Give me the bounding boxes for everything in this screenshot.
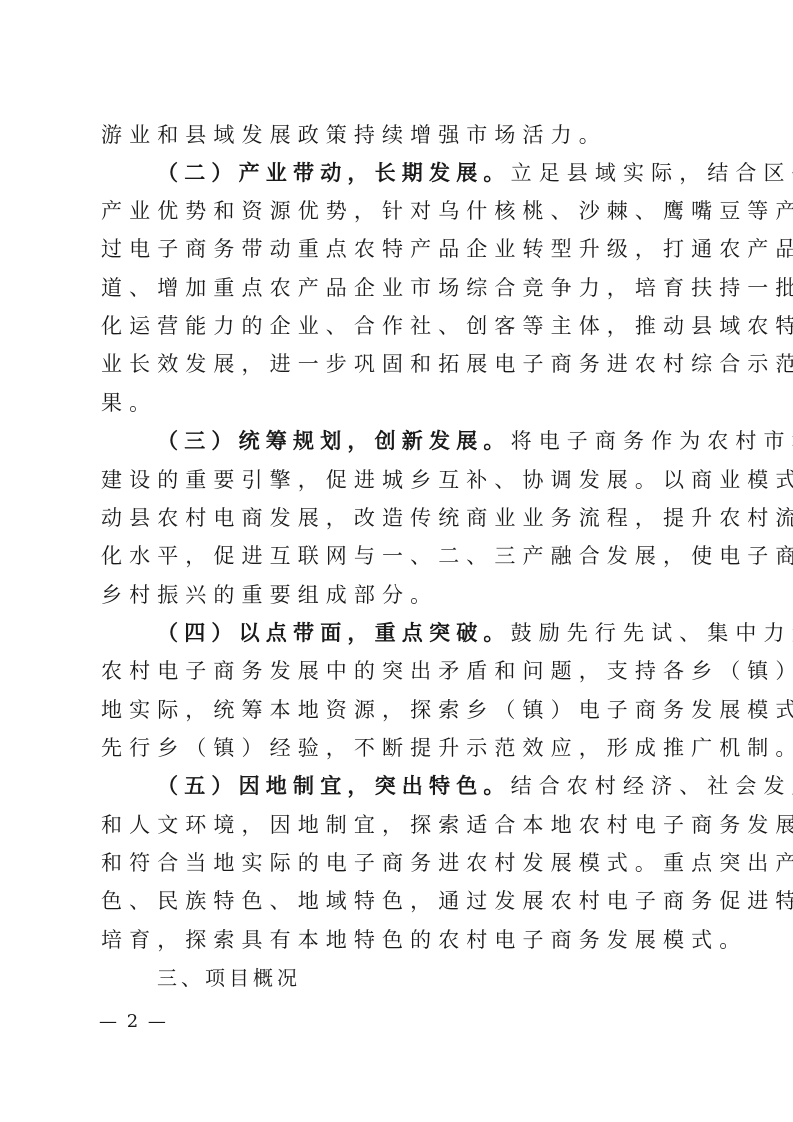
subsection-heading-4: （四）以点带面，重点突破。鼓励先行先试、集中力量解决 <box>157 614 757 652</box>
subsection-title: （五）因地制宜，突出特色。 <box>157 774 511 798</box>
paragraph-line: 农村电子商务发展中的突出矛盾和问题，支持各乡（镇）结合当 <box>101 652 701 690</box>
paragraph-line: 和人文环境，因地制宜，探索适合本地农村电子商务发展的路径 <box>101 806 701 844</box>
line-text: 乡村振兴的重要组成部分。 <box>101 583 438 607</box>
paragraph-line: 化运营能力的企业、合作社、创客等主体，推动县域农特产品产 <box>101 307 701 345</box>
line-text: 化水平，促进互联网与一、二、三产融合发展，使电子商务成为 <box>101 544 793 568</box>
line-text: 和人文环境，因地制宜，探索适合本地农村电子商务发展的路径 <box>101 813 793 837</box>
paragraph-line: 乡村振兴的重要组成部分。 <box>101 576 701 614</box>
section-heading: 三、项目概况 <box>157 959 757 997</box>
line-text: 色、民族特色、地域特色，通过发展农村电子商务促进特色品牌 <box>101 889 793 913</box>
document-page: 游业和县域发展政策持续增强市场活力。 （二）产业带动，长期发展。立足县域实际，结… <box>0 0 793 1122</box>
page-number: — 2 — <box>99 1010 168 1034</box>
paragraph-line: 游业和县域发展政策持续增强市场活力。 <box>101 116 701 154</box>
paragraph-line: 道、增加重点农产品企业市场综合竞争力，培育扶持一批有市场 <box>101 269 701 307</box>
subsection-heading-5: （五）因地制宜，突出特色。结合农村经济、社会发展水平 <box>157 767 757 805</box>
line-text: 鼓励先行先试、集中力量解决 <box>511 621 793 645</box>
line-text: 农村电子商务发展中的突出矛盾和问题，支持各乡（镇）结合当 <box>101 659 793 683</box>
subsection-heading-2: （二）产业带动，长期发展。立足县域实际，结合区位优势、 <box>157 154 757 192</box>
line-text: 先行乡（镇）经验，不断提升示范效应，形成推广机制。 <box>101 736 793 760</box>
line-text: 道、增加重点农产品企业市场综合竞争力，培育扶持一批有市场 <box>101 276 793 300</box>
paragraph-line: 地实际，统筹本地资源，探索乡（镇）电子商务发展模式；总结 <box>101 691 701 729</box>
paragraph-line: 和符合当地实际的电子商务进农村发展模式。重点突出产品特 <box>101 844 701 882</box>
paragraph-line: 产业优势和资源优势，针对乌什核桃、沙棘、鹰嘴豆等产业，通 <box>101 192 701 230</box>
subsection-title: （二）产业带动，长期发展。 <box>157 161 511 185</box>
line-text: 地实际，统筹本地资源，探索乡（镇）电子商务发展模式；总结 <box>101 698 793 722</box>
paragraph-line: 先行乡（镇）经验，不断提升示范效应，形成推广机制。 <box>101 729 701 767</box>
subsection-title: （四）以点带面，重点突破。 <box>157 621 511 645</box>
paragraph-line: 建设的重要引擎，促进城乡互补、协调发展。以商业模式创新推 <box>101 461 701 499</box>
line-text: 动县农村电商发展，改造传统商业业务流程，提升农村流通现代 <box>101 506 793 530</box>
paragraph-line: 培育，探索具有本地特色的农村电子商务发展模式。 <box>101 921 701 959</box>
line-text: 过电子商务带动重点农特产品企业转型升级，打通农产品上行渠 <box>101 237 793 261</box>
line-text: 立足县域实际，结合区位优势、 <box>511 161 793 185</box>
paragraph-line: 色、民族特色、地域特色，通过发展农村电子商务促进特色品牌 <box>101 882 701 920</box>
line-text: 和符合当地实际的电子商务进农村发展模式。重点突出产品特 <box>101 851 793 875</box>
paragraph-line: 过电子商务带动重点农特产品企业转型升级，打通农产品上行渠 <box>101 230 701 268</box>
line-text: 游业和县域发展政策持续增强市场活力。 <box>101 123 607 147</box>
subsection-title: （三）统筹规划，创新发展。 <box>157 429 511 453</box>
line-text: 将电子商务作为农村市场体系 <box>511 429 793 453</box>
line-text: 培育，探索具有本地特色的农村电子商务发展模式。 <box>101 928 747 952</box>
line-text: 化运营能力的企业、合作社、创客等主体，推动县域农特产品产 <box>101 314 793 338</box>
line-text: 业长效发展，进一步巩固和拓展电子商务进农村综合示范项目成 <box>101 352 793 376</box>
line-text: 结合农村经济、社会发展水平 <box>511 774 793 798</box>
paragraph-line: 业长效发展，进一步巩固和拓展电子商务进农村综合示范项目成 <box>101 345 701 383</box>
line-text: 果。 <box>101 391 157 415</box>
line-text: 产业优势和资源优势，针对乌什核桃、沙棘、鹰嘴豆等产业，通 <box>101 199 793 223</box>
subsection-heading-3: （三）统筹规划，创新发展。将电子商务作为农村市场体系 <box>157 422 757 460</box>
paragraph-line: 果。 <box>101 384 701 422</box>
paragraph-line: 化水平，促进互联网与一、二、三产融合发展，使电子商务成为 <box>101 537 701 575</box>
paragraph-line: 动县农村电商发展，改造传统商业业务流程，提升农村流通现代 <box>101 499 701 537</box>
line-text: 建设的重要引擎，促进城乡互补、协调发展。以商业模式创新推 <box>101 468 793 492</box>
